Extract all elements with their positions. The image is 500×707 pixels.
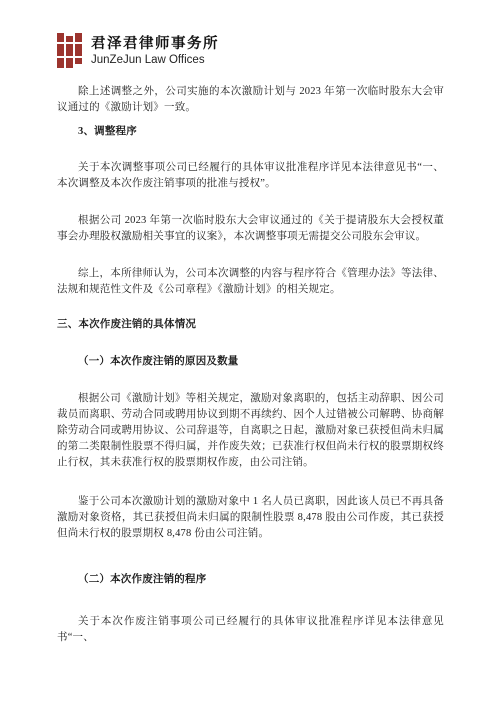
logo-block bbox=[57, 33, 64, 42]
paragraph: 根据公司《激励计划》等相关规定，激励对象离职的，包括主动辞职、因公司裁员而离职、… bbox=[57, 391, 444, 471]
firm-name-english: JunZeJun Law Offices bbox=[91, 53, 219, 67]
paragraph: 根据公司 2023 年第一次临时股东大会审议通过的《关于提请股东大会授权董事会办… bbox=[57, 213, 444, 245]
logo-block bbox=[75, 33, 82, 42]
logo-block bbox=[75, 58, 82, 64]
subsection-heading: （一）本次作废注销的原因及数量 bbox=[57, 354, 444, 370]
chapter-heading: 三、本次作废注销的具体情况 bbox=[57, 317, 444, 333]
junzejun-logo-icon bbox=[57, 33, 82, 70]
paragraph: 鉴于公司本次激励计划的激励对象中 1 名人员已离职，因此该人员已不再具备激励对象… bbox=[57, 494, 444, 542]
firm-name: 君泽君律师事务所 JunZeJun Law Offices bbox=[91, 36, 219, 67]
legal-opinion-page: 君泽君律师事务所 JunZeJun Law Offices 除上述调整之外，公司… bbox=[0, 0, 500, 707]
logo-block bbox=[66, 44, 73, 56]
letterhead: 君泽君律师事务所 JunZeJun Law Offices bbox=[57, 32, 444, 70]
logo-block bbox=[75, 44, 82, 56]
paragraph: 综上，本所律师认为，公司本次调整的内容与程序符合《管理办法》等法律、法规和规范性… bbox=[57, 266, 444, 298]
paragraph: 关于本次作废注销事项公司已经履行的具体审议批准程序详见本法律意见书“一、 bbox=[57, 614, 444, 646]
section-heading: 3、调整程序 bbox=[57, 124, 444, 140]
logo-block bbox=[66, 36, 73, 42]
subsection-heading: （二）本次作废注销的程序 bbox=[57, 572, 444, 588]
logo-block bbox=[66, 58, 73, 68]
firm-name-chinese: 君泽君律师事务所 bbox=[91, 36, 219, 53]
paragraph: 除上述调整之外，公司实施的本次激励计划与 2023 年第一次临时股东大会审议通过… bbox=[57, 84, 444, 116]
paragraph: 关于本次调整事项公司已经履行的具体审议批准程序详见本法律意见书“一、本次调整及本… bbox=[57, 160, 444, 192]
logo-block bbox=[57, 44, 64, 56]
logo-block bbox=[57, 58, 64, 68]
